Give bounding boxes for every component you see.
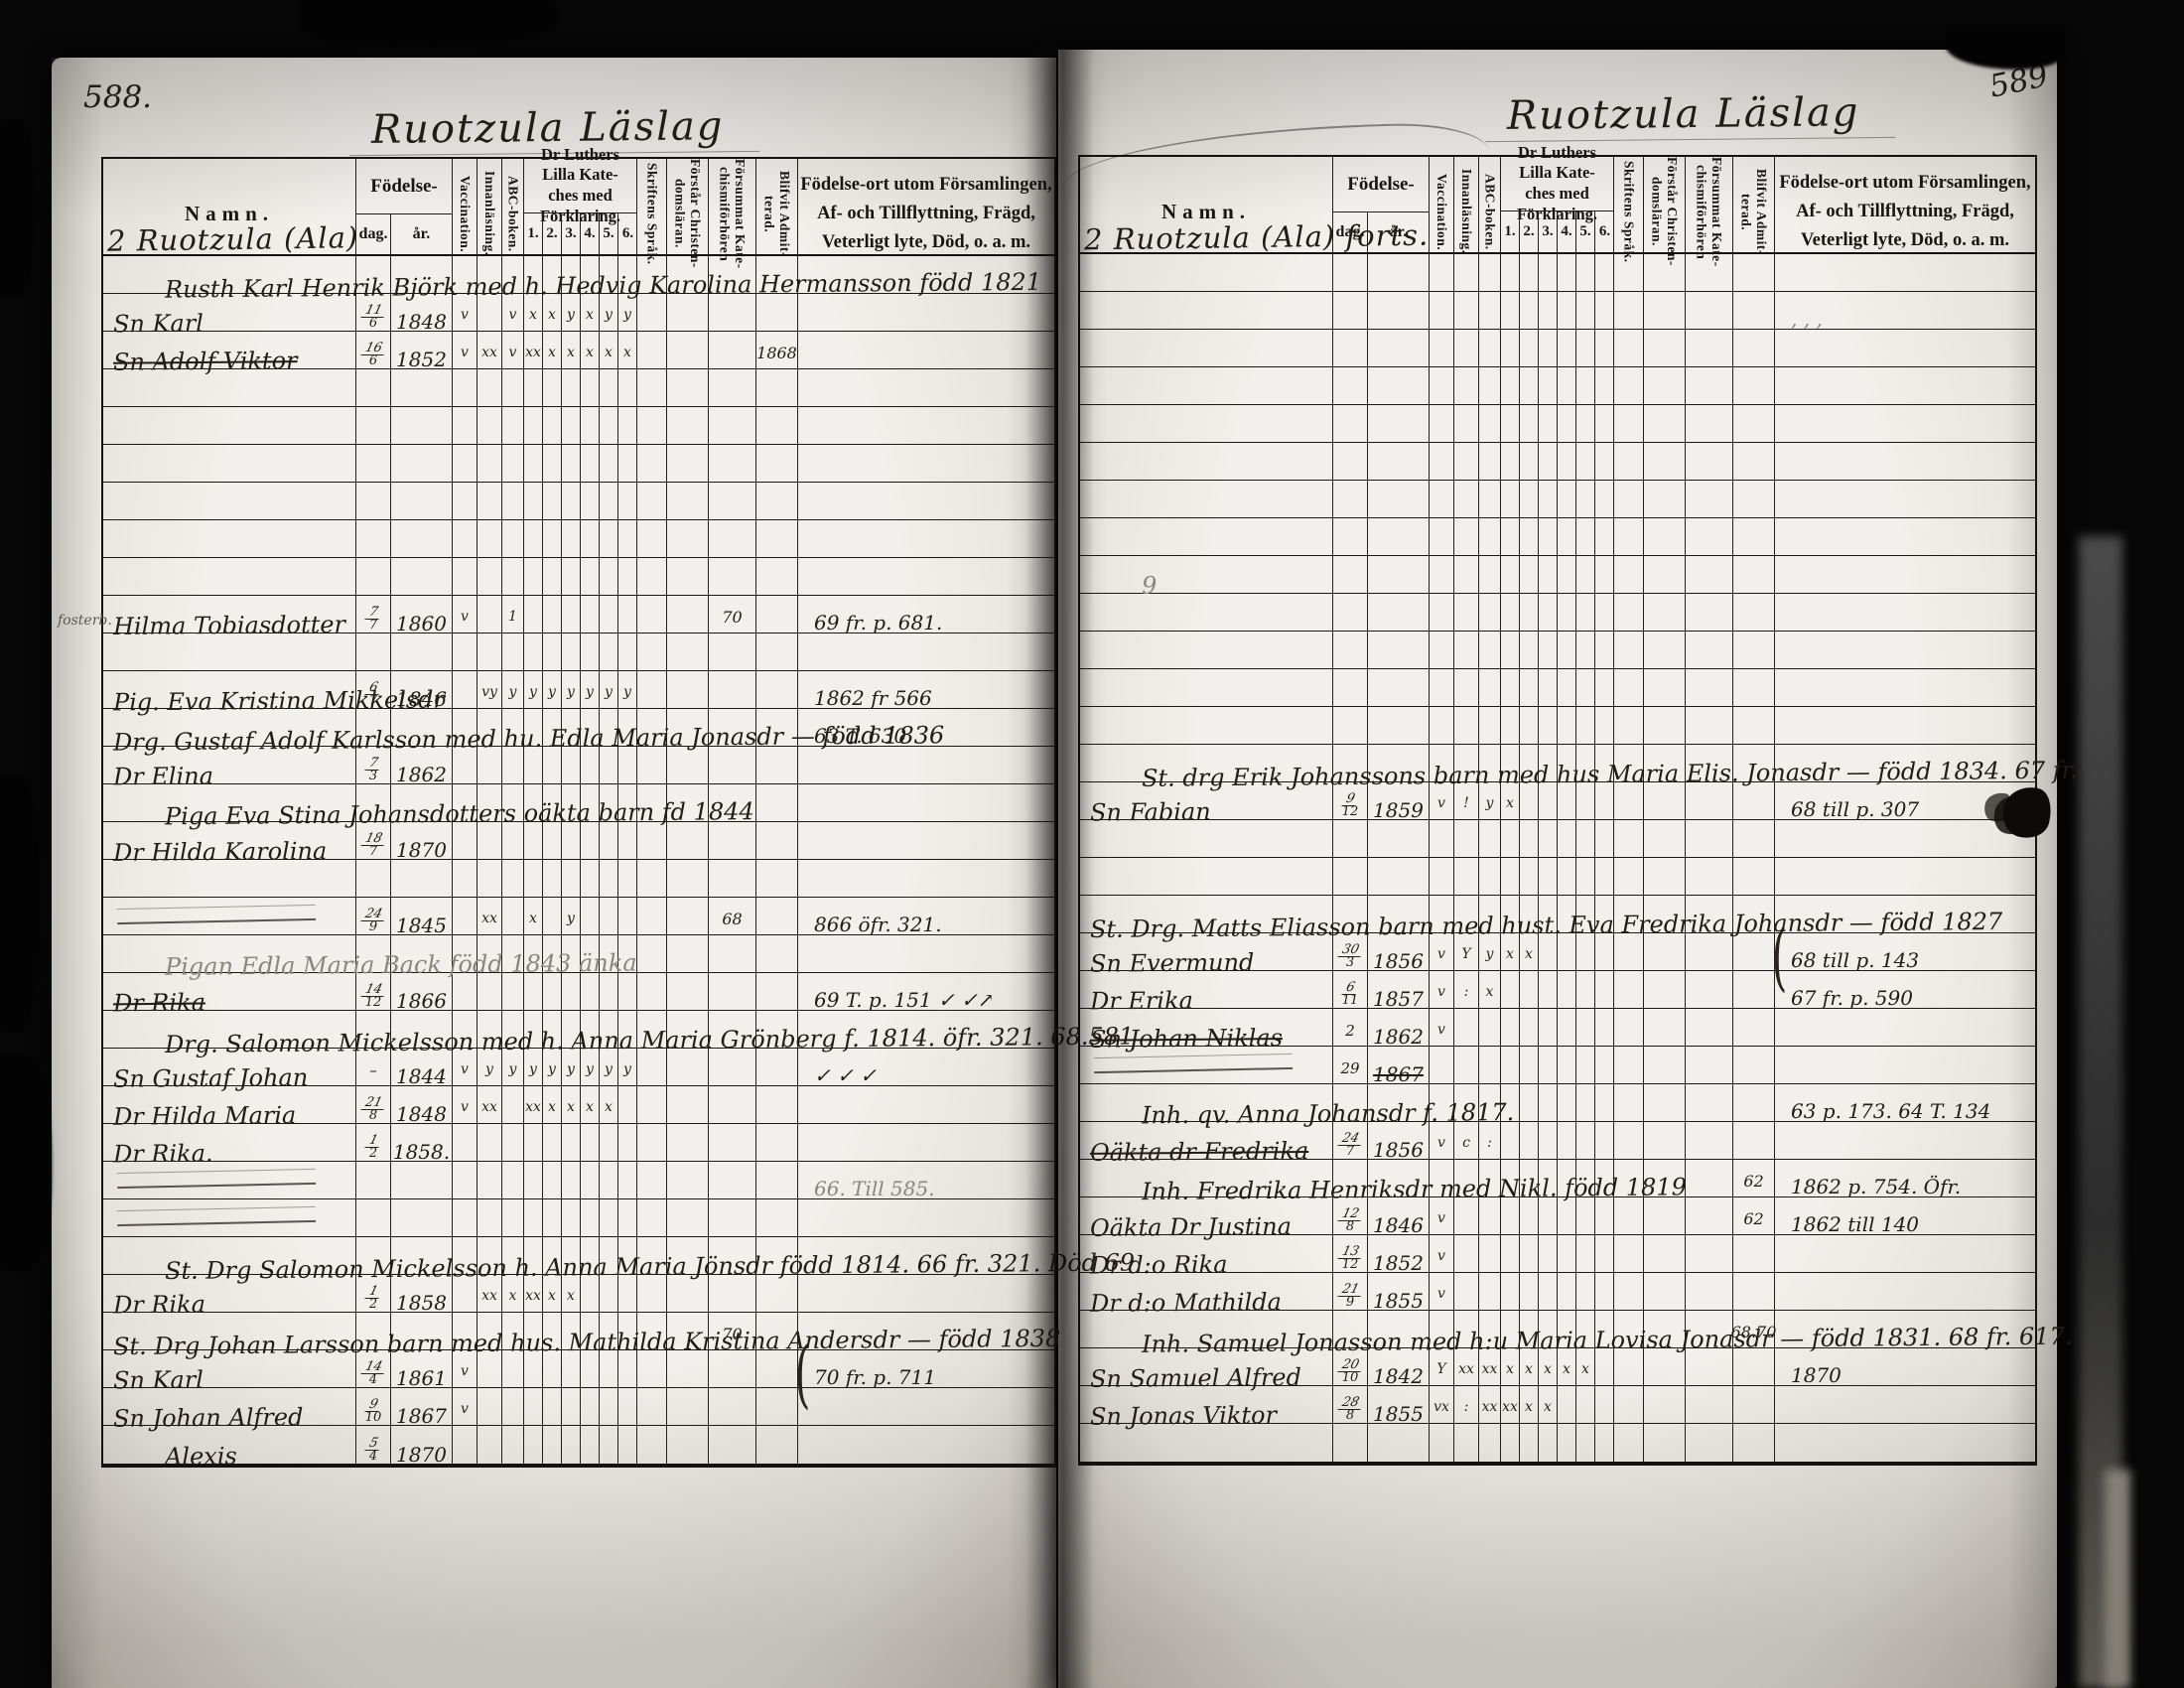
cell-mark [1520, 1084, 1539, 1121]
cell-mark [478, 369, 502, 406]
cell-mark [1430, 556, 1454, 593]
scan-artifact [0, 1053, 52, 1271]
cell-name [1080, 707, 1333, 744]
cell-birth-day [356, 520, 391, 557]
cell-skriftens [637, 520, 667, 557]
exam-mark: v [461, 1061, 469, 1077]
cell-remarks [798, 1388, 1054, 1425]
cell-mark [524, 1162, 543, 1198]
cell-skriftens [1614, 1386, 1644, 1423]
cell-mark [1479, 330, 1501, 366]
cell-birth-day [1333, 443, 1368, 480]
month: 7 [369, 846, 377, 858]
cell-admitterad [1733, 1084, 1775, 1121]
cell-birth-year [1368, 1424, 1430, 1462]
cell-mark [502, 520, 524, 557]
cell-skriftens [637, 445, 667, 482]
cell-mark [581, 633, 600, 670]
exam-mark: x [1525, 946, 1533, 962]
remark-text: 866 öfr. 321. [798, 913, 942, 936]
cell-mark [618, 633, 637, 670]
col-forsummat: Försummat Kate- chismiförhören [717, 159, 748, 269]
exam-mark: xx [481, 1099, 497, 1115]
cell-mark [1576, 1273, 1595, 1310]
cell-remarks: 63 p. 173. 64 T. 134 [1775, 1084, 2035, 1121]
cell-mark [1430, 1047, 1454, 1083]
cell-mark [543, 1426, 562, 1464]
cell-mark [1520, 292, 1539, 329]
cell-birth-year [1368, 481, 1430, 517]
cell-forstar [667, 294, 709, 331]
cell-remarks [1775, 1122, 2035, 1159]
birth-year: 1842 [1373, 1364, 1424, 1388]
col-kateches-6: 6. [618, 213, 637, 254]
cell-mark [562, 558, 581, 595]
exam-mark: ! [1463, 795, 1469, 811]
cell-mark [1595, 518, 1614, 555]
cell-name [1080, 518, 1333, 555]
cell-mark [581, 1124, 600, 1161]
cell-mark [478, 407, 502, 444]
entry-name: Dr Hilda Maria [103, 1102, 296, 1130]
cell-name [103, 445, 356, 482]
remark-text: 68 till p. 307 [1775, 797, 1919, 821]
cell-name [1080, 858, 1333, 895]
cell-skriftens [637, 483, 667, 519]
cell-mark [1501, 669, 1520, 706]
cell-remarks: ‚ ‚ ‚ [1775, 292, 2035, 329]
cell-mark: y [600, 671, 618, 708]
cell-skriftens [1614, 1009, 1644, 1046]
exam-mark: x [605, 1099, 613, 1115]
cell-forstar [1644, 1235, 1686, 1272]
remark-text: 63 p. 173. 64 T. 134 [1775, 1099, 1990, 1123]
cell-mark [1520, 556, 1539, 593]
cell-admitterad [756, 935, 798, 972]
cell-forsummat [709, 558, 756, 595]
cell-mark [600, 445, 618, 482]
cell-mark [562, 445, 581, 482]
cell-mark [1430, 594, 1454, 631]
cell-mark [1430, 707, 1454, 744]
cell-mark: xx [478, 332, 502, 368]
cell-birth-day [1333, 858, 1368, 895]
cell-skriftens [1614, 1047, 1644, 1083]
cell-name [1080, 367, 1333, 404]
month: 3 [369, 771, 377, 782]
cell-mark [1501, 1273, 1520, 1310]
col-kateches-1: 1. [1501, 211, 1520, 252]
exam-mark: x [586, 307, 594, 323]
cell-admitterad [1733, 1047, 1775, 1083]
cell-mark [562, 369, 581, 406]
exam-mark: xx [1482, 1399, 1498, 1415]
cell-mark [1501, 405, 1520, 442]
cell-mark [1595, 330, 1614, 366]
entry-name: Pig. Eva Kristina Mikkelsdr [103, 686, 445, 715]
cell-mark [600, 483, 618, 519]
cell-mark [1558, 1047, 1576, 1083]
exam-mark: xx [481, 345, 497, 360]
cell-forstar [1644, 1273, 1686, 1310]
table-row: Dr Erika6111857v:x67 fr. p. 590 [1080, 971, 2035, 1009]
cell-mark [1595, 481, 1614, 517]
cell-remarks: 66. Till 585. [798, 1162, 1054, 1198]
cell-mark [1539, 254, 1558, 291]
cell-name [1080, 632, 1333, 668]
cell-mark [1576, 632, 1595, 668]
cell-mark: x [543, 332, 562, 368]
cell-forstar [667, 520, 709, 557]
cell-mark [562, 520, 581, 557]
cell-mark [1501, 971, 1520, 1008]
cell-mark [1576, 971, 1595, 1008]
birth-year: 1866 [396, 989, 447, 1013]
cell-forstar [1644, 1348, 1686, 1385]
cell-remarks [1775, 1235, 2035, 1272]
cell-admitterad [756, 1124, 798, 1161]
exam-mark: y [605, 307, 613, 323]
table-row: Sn Johan Alfred9101867v [103, 1388, 1054, 1426]
day: 24 [360, 909, 386, 921]
cell-mark [502, 1162, 524, 1198]
cell-birth-year [1368, 254, 1430, 291]
cell-forsummat [709, 633, 756, 670]
cell-mark [1558, 556, 1576, 593]
cell-forstar [667, 1124, 709, 1161]
cell-skriftens [637, 935, 667, 972]
exam-mark: y [485, 1061, 493, 1077]
cell-mark [600, 747, 618, 783]
birth-day-fraction: 910 [365, 1399, 382, 1424]
birth-year: 1858 [396, 1291, 447, 1315]
entry-name: Inh. qv. Anna Johansdr f. 1817. [1080, 1099, 1514, 1129]
cell-birth-year [1368, 443, 1430, 480]
cell-mark [1520, 971, 1539, 1008]
cell-remarks: 1870 [1775, 1348, 2035, 1385]
col-kateches-3: 3. [1539, 211, 1558, 252]
cell-mark: vy [478, 671, 502, 708]
entry-name: Sn Fabian [1080, 798, 1211, 825]
cell-admitterad [1733, 556, 1775, 593]
exam-mark: x [1506, 795, 1514, 811]
exam-mark: v [461, 609, 469, 625]
cell-forstar [1644, 594, 1686, 631]
cell-mark [1539, 292, 1558, 329]
cell-mark [600, 1162, 618, 1198]
col-blifvit-admitterad: Blifvit Admit- terad. [761, 171, 792, 257]
col-fodelse: Födelse- [356, 159, 452, 213]
day: 7 [364, 758, 382, 771]
cell-mark: v [1430, 971, 1454, 1008]
cell-mark [543, 520, 562, 557]
cell-mark [600, 369, 618, 406]
record-table-left: Namn. Födelse- dag. år. Vaccination. Inn… [101, 157, 1056, 1468]
cell-mark [1454, 594, 1479, 631]
cell-skriftens [1614, 405, 1644, 442]
cell-mark [502, 483, 524, 519]
table-row: Inh. qv. Anna Johansdr f. 1817.63 p. 173… [1080, 1084, 2035, 1122]
cell-forstar [1644, 405, 1686, 442]
cell-birth-year [1368, 707, 1430, 744]
table-row [1080, 330, 2035, 367]
cell-admitterad [1733, 1009, 1775, 1046]
exam-mark: xx [525, 1288, 541, 1304]
cell-mark [502, 1124, 524, 1161]
cell-mark [562, 633, 581, 670]
cell-mark [1454, 481, 1479, 517]
exam-mark: : [1464, 1399, 1469, 1415]
cell-mark [543, 596, 562, 633]
cell-mark [1576, 443, 1595, 480]
entry-name: 9 [1080, 573, 1158, 600]
cell-remarks: 69 fr. p. 681. [798, 596, 1054, 633]
cell-mark [524, 369, 543, 406]
cell-mark [1454, 820, 1479, 857]
exam-mark: y [586, 684, 594, 700]
cell-mark [1430, 1424, 1454, 1462]
cell-mark [1479, 669, 1501, 706]
cell-mark [1479, 1047, 1501, 1083]
cell-skriftens [637, 1162, 667, 1198]
cell-mark [1576, 556, 1595, 593]
cell-mark [1454, 858, 1479, 895]
cell-mark [1430, 518, 1454, 555]
cell-mark [618, 822, 637, 859]
cell-mark [453, 633, 478, 670]
birth-year: 1852 [1373, 1251, 1424, 1275]
day: 24 [1337, 1133, 1363, 1146]
table-row: Dr Hilda Maria2181848vxxxxxxxx [103, 1086, 1054, 1124]
page-right: 589 Ruotzula Läslag Namn. Födelse- dag. … [1058, 50, 2057, 1688]
cell-mark [600, 596, 618, 633]
exam-mark: x [623, 345, 631, 360]
exam-mark: c [1462, 1135, 1470, 1151]
birth-day-fraction: 247 [1339, 1133, 1362, 1158]
exam-mark: v [1437, 1286, 1445, 1302]
cell-mark [1595, 1273, 1614, 1310]
birth-day-fraction: 12 [366, 1135, 380, 1160]
table-row [1080, 481, 2035, 518]
cell-mark [1454, 1197, 1479, 1234]
cell-skriftens [637, 1350, 667, 1387]
col-kateches: Dr Luthers Lilla Kate- ches med Förklari… [524, 159, 636, 212]
cell-forstar [1644, 707, 1686, 744]
cell-mark [502, 822, 524, 859]
remark-text: 1870 [1775, 1363, 1842, 1387]
cell-name: fosterb.Hilma Tobiasdotter [103, 596, 356, 633]
note-mark: 70 [722, 608, 742, 627]
cell-admitterad [1733, 443, 1775, 480]
cell-name [1080, 254, 1333, 291]
month: 4 [369, 1451, 377, 1463]
cell-mark [1520, 858, 1539, 895]
cell-remarks: 1862 p. 754. Öfr. [1775, 1160, 2035, 1196]
cell-mark [478, 1388, 502, 1425]
cell-admitterad [756, 1350, 798, 1387]
cell-birth-day: 288 [1333, 1386, 1368, 1423]
cell-skriftens [1614, 292, 1644, 329]
cell-forstar [667, 407, 709, 444]
birth-day-fraction: 611 [1342, 982, 1359, 1007]
cell-mark [600, 860, 618, 897]
cell-birth-day [356, 860, 391, 897]
entry-name: Dr Erika [1080, 988, 1193, 1015]
cell-mark [1576, 1197, 1595, 1234]
cell-forstar [667, 1162, 709, 1198]
cell-forsummat [709, 1049, 756, 1085]
cell-skriftens [1614, 594, 1644, 631]
cell-admitterad [756, 860, 798, 897]
cell-mark [1595, 292, 1614, 329]
cell-mark [478, 483, 502, 519]
cell-admitterad [1733, 933, 1775, 970]
cell-mark [562, 1199, 581, 1236]
cell-remarks [798, 294, 1054, 331]
month: 8 [1346, 1221, 1354, 1233]
cell-mark [1479, 1197, 1501, 1234]
cell-mark [1539, 1424, 1558, 1462]
cell-mark: xx [1501, 1386, 1520, 1423]
cell-mark [618, 860, 637, 897]
cell-birth-year [1368, 820, 1430, 857]
cell-mark [1479, 405, 1501, 442]
cell-mark: xx [524, 332, 543, 368]
cell-mark [502, 1388, 524, 1425]
month: 8 [1346, 1410, 1354, 1422]
cell-remarks [1775, 594, 2035, 631]
cell-mark [1595, 1386, 1614, 1423]
cell-remarks [798, 1124, 1054, 1161]
cell-mark [1576, 1122, 1595, 1159]
exam-mark: v [461, 1401, 469, 1417]
cell-admitterad [1733, 971, 1775, 1008]
cell-skriftens [637, 1388, 667, 1425]
cell-admitterad [756, 1388, 798, 1425]
cell-mark [1558, 1273, 1576, 1310]
birth-year: 1856 [1373, 949, 1424, 973]
table-row [1080, 707, 2035, 745]
birth-day-fraction: 288 [1339, 1397, 1362, 1422]
cell-mark [1501, 1122, 1520, 1159]
cell-mark [1479, 594, 1501, 631]
cell-skriftens [1614, 1197, 1644, 1234]
cell-mark: : [1454, 971, 1479, 1008]
cell-forsummat [1686, 443, 1733, 480]
exam-mark: x [567, 345, 575, 360]
cell-mark [543, 483, 562, 519]
cell-mark [1595, 1047, 1614, 1083]
cell-mark [1595, 820, 1614, 857]
cell-forstar [1644, 1084, 1686, 1121]
cell-skriftens [1614, 481, 1644, 517]
cell-forstar [1644, 669, 1686, 706]
cell-mark [1479, 254, 1501, 291]
cell-mark: x [581, 332, 600, 368]
cell-skriftens [1614, 971, 1644, 1008]
cell-birth-day [356, 445, 391, 482]
cell-mark [1501, 1424, 1520, 1462]
cell-forstar [1644, 1424, 1686, 1462]
table-row: Rusth Karl Henrik Björk med h. Hedvig Ka… [103, 256, 1054, 294]
entry-name: Dr Elina [103, 764, 213, 790]
remark-text: 69 T. p. 151 ✓ ✓↗ [798, 988, 995, 1012]
cell-mark [524, 483, 543, 519]
col-vaccination: Vaccination. [457, 176, 473, 252]
entry-name: Dr Rika [103, 990, 205, 1017]
cell-mark [1430, 858, 1454, 895]
cell-mark [543, 558, 562, 595]
cell-mark [478, 973, 502, 1010]
cell-skriftens [1614, 1235, 1644, 1272]
month: 8 [369, 1110, 377, 1122]
cell-forsummat [1686, 1235, 1733, 1272]
cell-forstar [1644, 782, 1686, 819]
birth-day-fraction: 77 [366, 607, 380, 632]
cell-mark [1539, 405, 1558, 442]
month: 7 [1346, 1146, 1354, 1158]
cell-admitterad [756, 1426, 798, 1464]
exam-mark: x [1525, 1399, 1533, 1415]
cell-mark [1539, 820, 1558, 857]
remark-text: 1862 till 140 [1775, 1212, 1919, 1236]
cell-skriftens [1614, 1084, 1644, 1121]
cell-mark [1430, 367, 1454, 404]
table-row: 9 [1080, 556, 2035, 594]
cell-admitterad [756, 1049, 798, 1085]
day: 6 [1341, 982, 1359, 995]
cell-forstar [667, 860, 709, 897]
birth-year: 1857 [1373, 987, 1424, 1011]
birth-day-fraction: 187 [362, 833, 385, 858]
cell-mark [618, 483, 637, 519]
cell-mark [1430, 292, 1454, 329]
cell-mark [1558, 254, 1576, 291]
cell-remarks [1775, 820, 2035, 857]
cell-forstar [1644, 632, 1686, 668]
birth-year: 1846 [1373, 1213, 1424, 1237]
cell-remarks [1775, 367, 2035, 404]
cell-forsummat: 68 [709, 898, 756, 934]
exam-mark: v [461, 1099, 469, 1115]
crossed-out-scribble [117, 1206, 316, 1226]
cell-forstar [667, 369, 709, 406]
cell-mark [1539, 1047, 1558, 1083]
cell-forsummat [1686, 1122, 1733, 1159]
cell-mark [1430, 632, 1454, 668]
cell-mark [1520, 594, 1539, 631]
cell-mark [1595, 971, 1614, 1008]
exam-mark: y [623, 684, 631, 700]
entry-name: Sn Johan Niklas [1080, 1025, 1283, 1053]
cell-mark [1520, 330, 1539, 366]
cell-forsummat [1686, 405, 1733, 442]
exam-mark: y [548, 1061, 556, 1077]
birth-year: 1848 [396, 310, 447, 334]
exam-mark: y [623, 307, 631, 323]
cell-skriftens [1614, 858, 1644, 895]
cell-birth-day [1333, 669, 1368, 706]
cell-mark [1576, 1047, 1595, 1083]
cell-mark [1520, 632, 1539, 668]
cell-birth-day [356, 369, 391, 406]
birth-day-fraction: 219 [1339, 1284, 1362, 1309]
cell-name [103, 483, 356, 519]
col-kateches-6: 6. [1595, 211, 1614, 252]
cell-skriftens [637, 596, 667, 633]
cell-mark [1576, 367, 1595, 404]
cell-mark [1501, 632, 1520, 668]
